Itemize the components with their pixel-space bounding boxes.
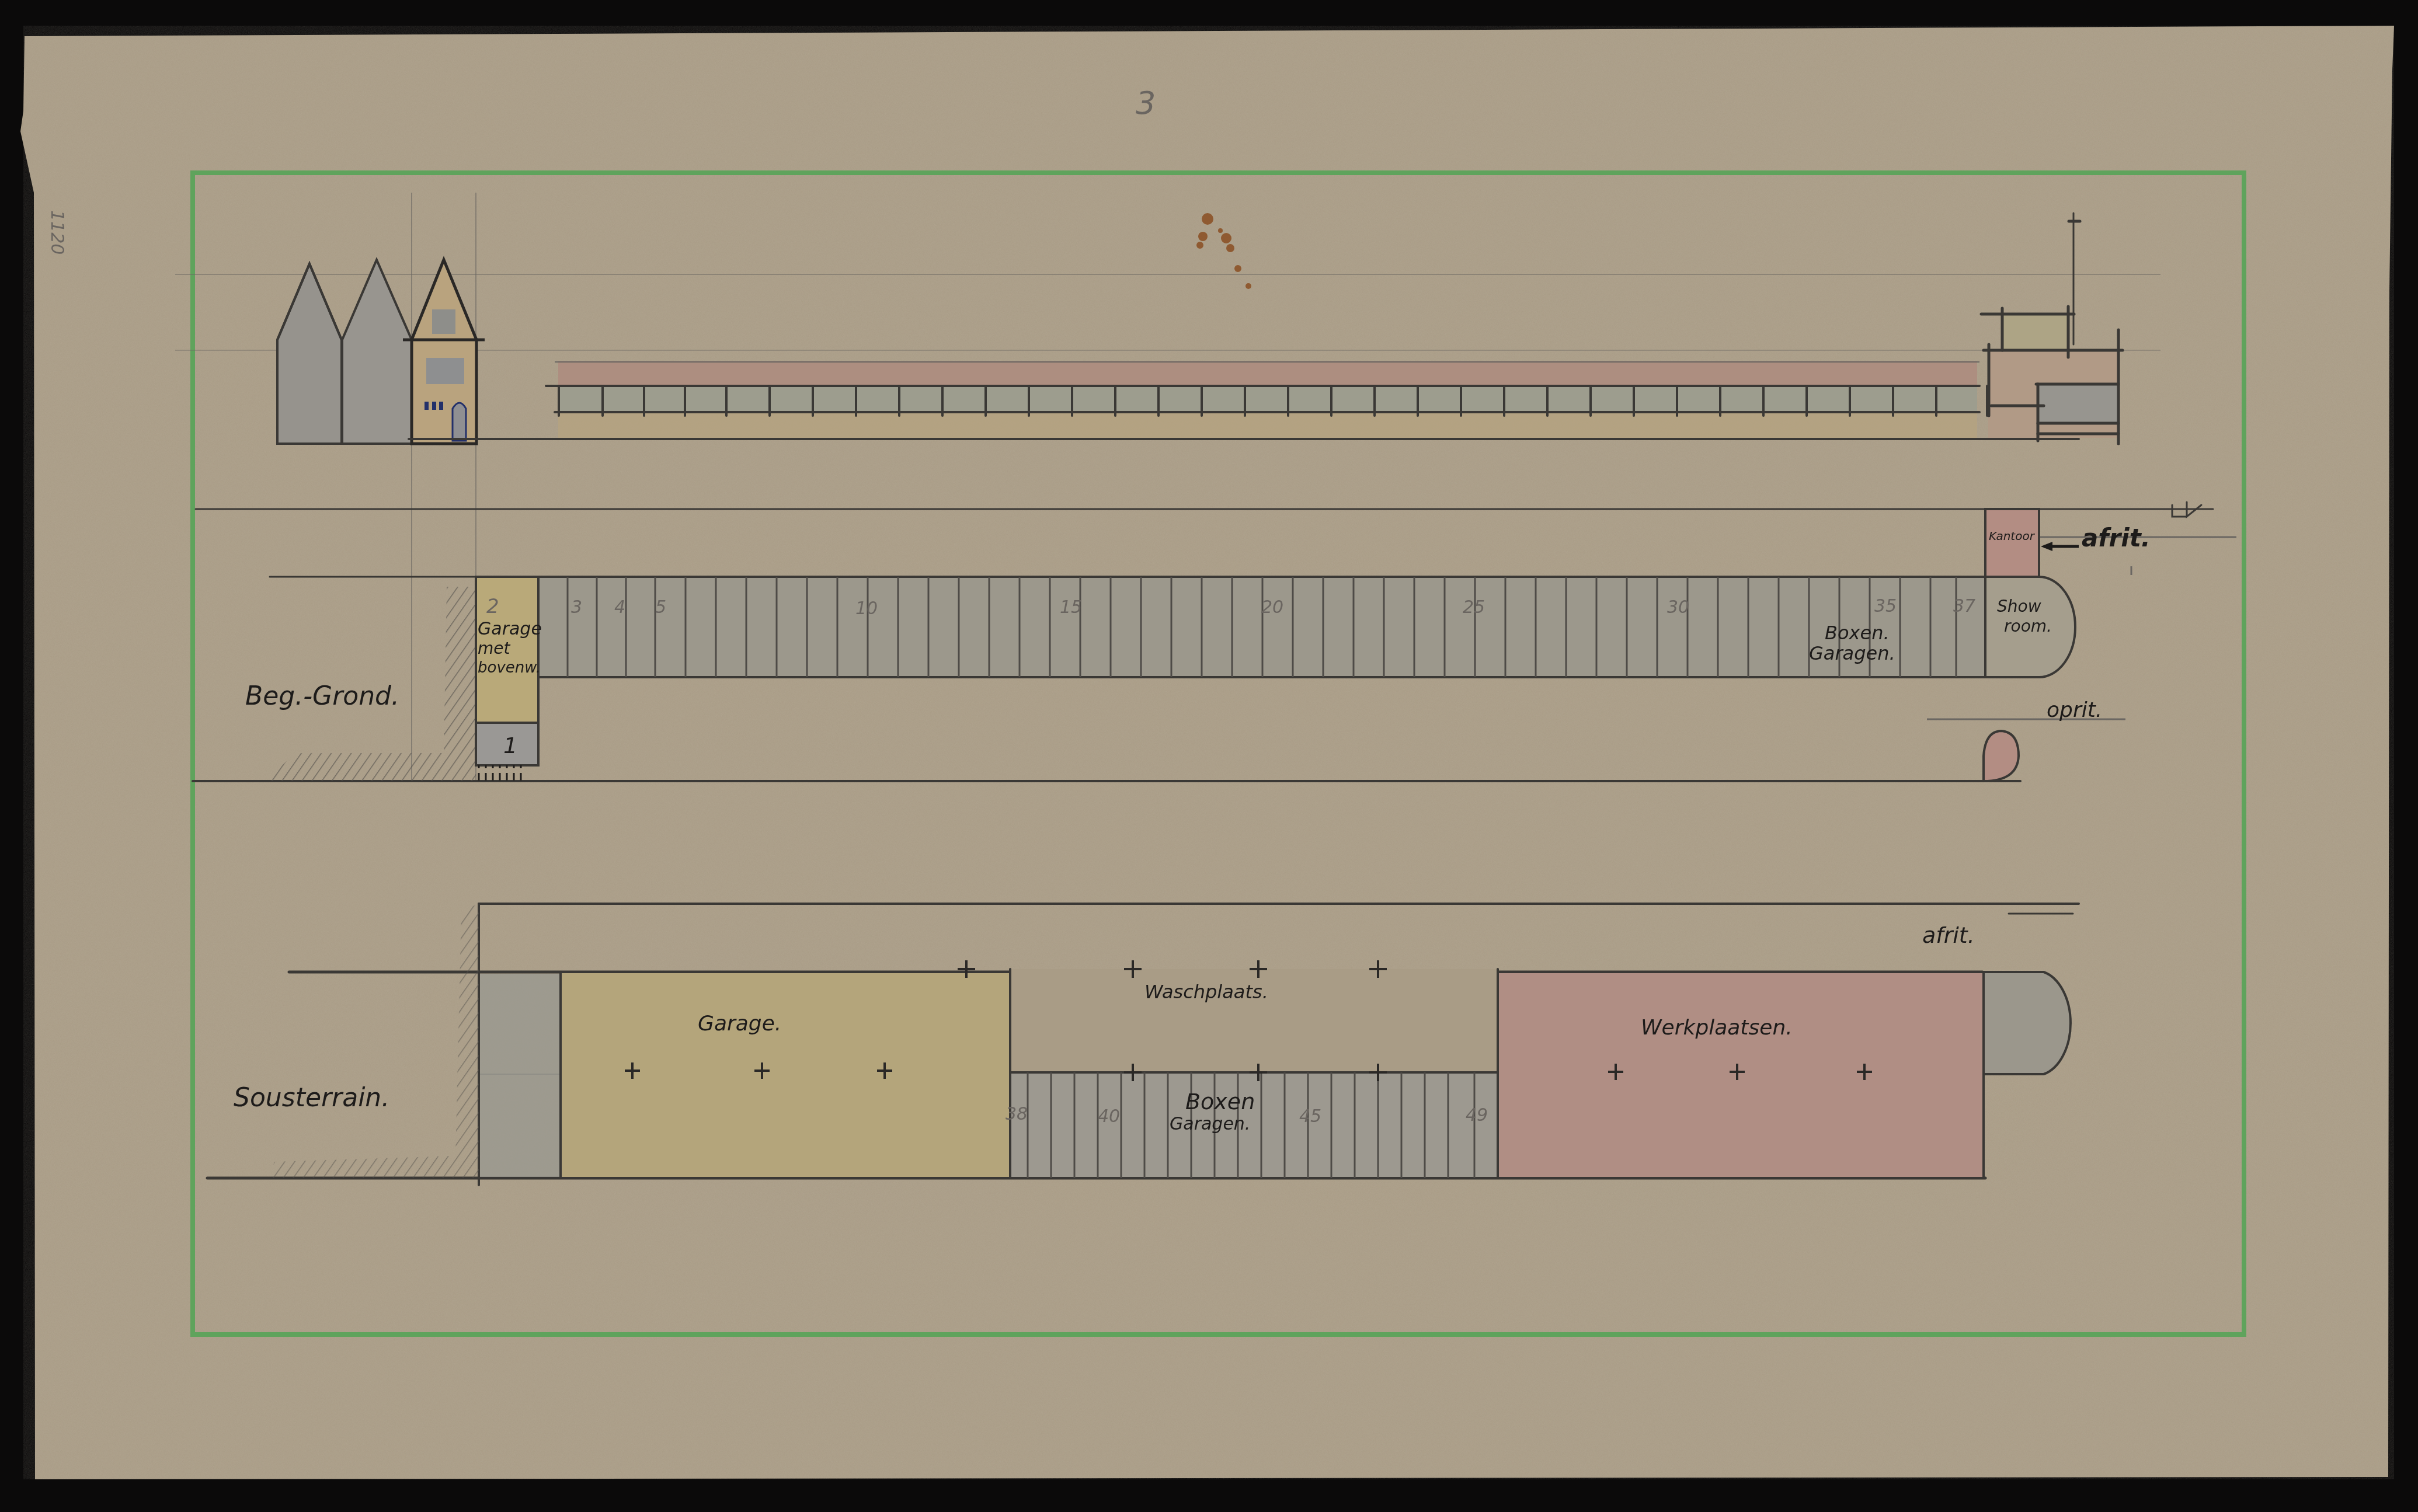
svg-text:40: 40 [1098,1106,1120,1127]
svg-text:49: 49 [1466,1105,1488,1126]
svg-text:15: 15 [1060,597,1082,618]
basement-title: Sousterrain. [234,1083,389,1113]
basement-ramp [1984,972,2071,1074]
exit-label: afrit. [2082,524,2151,552]
sheet-number: 3 [1136,85,1156,121]
svg-text:20: 20 [1261,597,1283,618]
unit-number: 1 [503,733,517,758]
svg-text:10: 10 [855,598,878,619]
showroom-label-line2: room. [2004,616,2052,636]
garage-label-line3: bovenw. [478,659,541,677]
basement-boxes-label-line2: Garagen. [1170,1114,1250,1134]
svg-text:5: 5 [655,597,666,618]
svg-text:30: 30 [1667,597,1689,618]
basement-garage-label: Garage. [698,1012,781,1036]
svg-text:3: 3 [571,597,582,618]
showroom-label-line1: Show [1997,597,2041,616]
garage-label-line2: met [478,639,511,658]
garage-label-line1: Garage [478,619,542,639]
basement-boxes-label-line1: Boxen [1185,1089,1255,1114]
architectural-drawing-sheet: 1120 3 [0,0,2418,1512]
svg-text:25: 25 [1463,597,1485,618]
ground-floor-title: Beg.-Grond. [245,681,399,711]
workshops-label: Werkplaatsen. [1641,1016,1793,1040]
svg-text:37: 37 [1953,596,1975,616]
washing-area-label: Waschplaats. [1144,981,1268,1003]
entry-label: oprit. [2047,698,2102,722]
office-room [1985,509,2039,577]
workshops [1498,972,1984,1178]
garage-row-elevation [409,361,2079,439]
svg-text:4: 4 [614,597,625,618]
garage-number: 2 [486,595,499,618]
svg-text:38: 38 [1006,1104,1028,1124]
entrance-grille [478,765,524,781]
svg-text:45: 45 [1299,1106,1321,1127]
margin-annotation: 1120 [47,210,67,255]
svg-text:35: 35 [1874,596,1897,616]
box-dividers [568,577,1956,677]
basement-exit-label: afrit. [1922,922,1975,948]
boxes-label-line2: Garagen. [1809,642,1895,664]
office-label: Kantoor [1989,529,2036,543]
basement-garage [561,972,1010,1178]
boxes-label-line1: Boxen. [1825,622,1890,644]
paper-sheet [20,26,2394,1479]
basement-stair-strip [480,974,561,1177]
